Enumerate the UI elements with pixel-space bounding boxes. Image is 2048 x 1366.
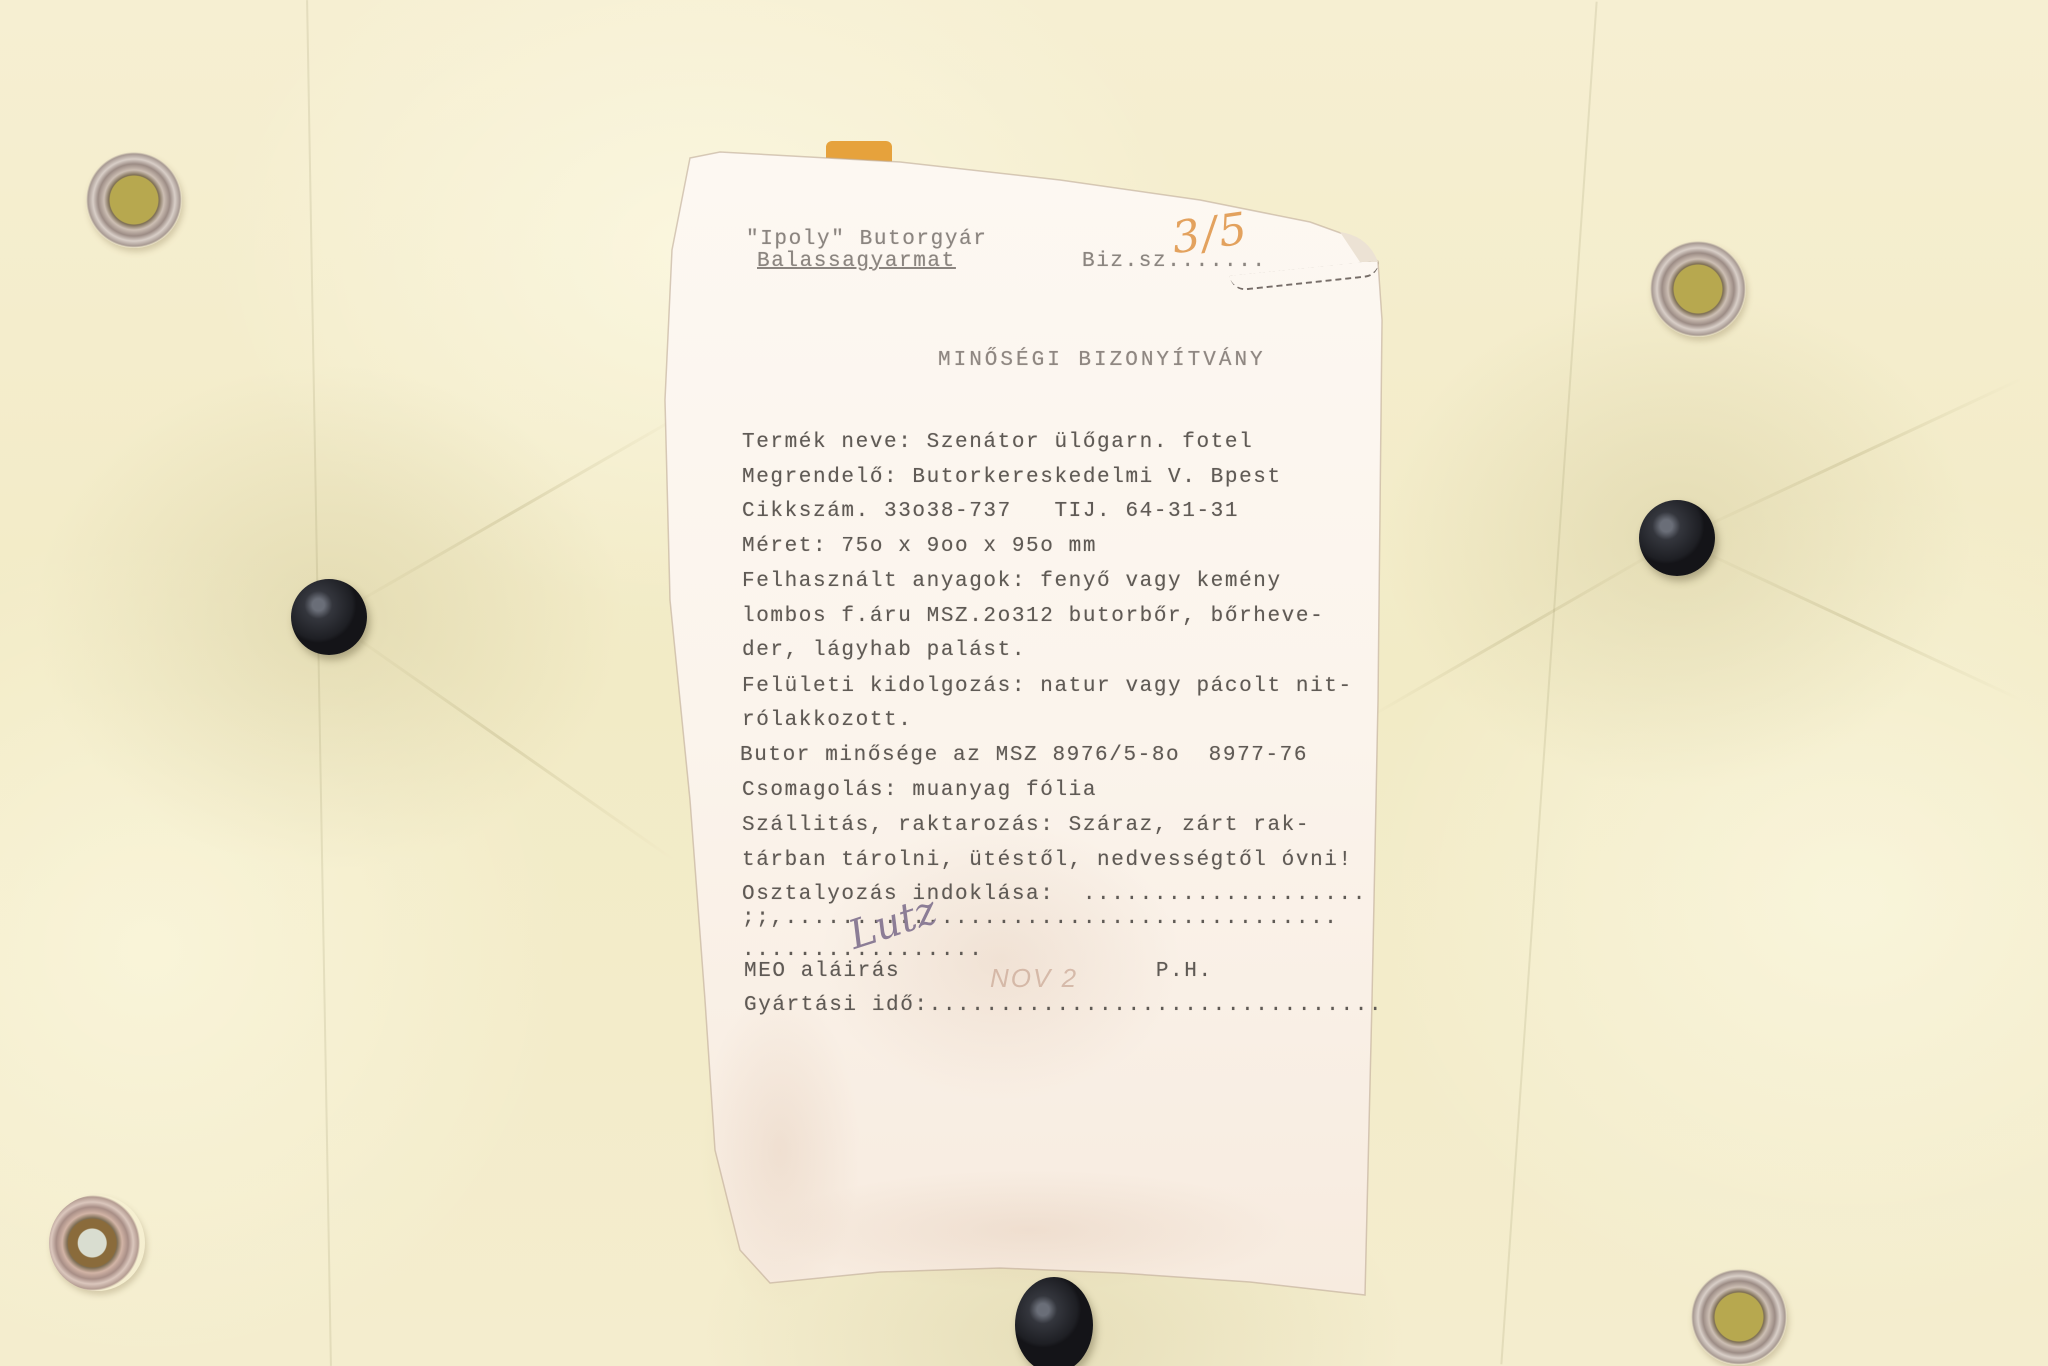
header-company-city: Balassagyarmat xyxy=(757,251,956,272)
line-qc-signature-label: MEO aláirás P.H. xyxy=(744,961,1213,982)
line-product-name: Termék neve: Szenátor ülőgarn. fotel xyxy=(742,432,1253,453)
tufting-button xyxy=(1639,500,1715,576)
line-transport-storage-cont: tárban tárolni, ütéstől, nedvességtől óv… xyxy=(742,850,1353,871)
line-classification-reason: Osztalyozás indoklása: .................… xyxy=(742,884,1367,905)
line-quality-standard: Butor minősége az MSZ 8976/5-8o 8977-76 xyxy=(740,745,1308,766)
date-stamp: NOV 2 xyxy=(990,963,1078,994)
metal-grommet xyxy=(1650,241,1746,337)
line-production-date: Gyártási idő:...........................… xyxy=(744,995,1383,1016)
line-materials-cont: der, lágyhab palást. xyxy=(742,640,1026,661)
metal-grommet xyxy=(86,152,182,248)
line-customer: Megrendelő: Butorkereskedelmi V. Bpest xyxy=(742,467,1282,488)
tufting-button xyxy=(291,579,367,655)
line-surface-finish: Felületi kidolgozás: natur vagy pácolt n… xyxy=(742,676,1353,697)
line-materials: Felhasznált anyagok: fenyő vagy kemény xyxy=(742,571,1282,592)
line-surface-finish-cont: rólakkozott. xyxy=(742,710,912,731)
line-packaging: Csomagolás: muanyag fólia xyxy=(742,780,1097,801)
metal-grommet xyxy=(1691,1269,1787,1365)
line-dotted-fill: ;;,.....................................… xyxy=(742,908,1339,929)
line-materials-cont: lombos f.áru MSZ.2o312 butorbőr, bőrheve… xyxy=(742,606,1324,627)
tufting-button xyxy=(1015,1277,1093,1366)
header-company-name: "Ipoly" Butorgyár xyxy=(746,229,987,250)
metal-grommet-worn xyxy=(49,1195,145,1291)
line-transport-storage: Szállitás, raktarozás: Száraz, zárt rak- xyxy=(742,815,1310,836)
line-dimensions: Méret: 75o x 9oo x 95o mm xyxy=(742,536,1097,557)
handwritten-number: 3/5 xyxy=(1169,203,1252,264)
adhesive-tape xyxy=(826,141,892,163)
document-title: MINŐSÉGI BIZONYÍTVÁNY xyxy=(938,350,1266,371)
line-article-number: Cikkszám. 33o38-737 TIJ. 64-31-31 xyxy=(742,501,1239,522)
